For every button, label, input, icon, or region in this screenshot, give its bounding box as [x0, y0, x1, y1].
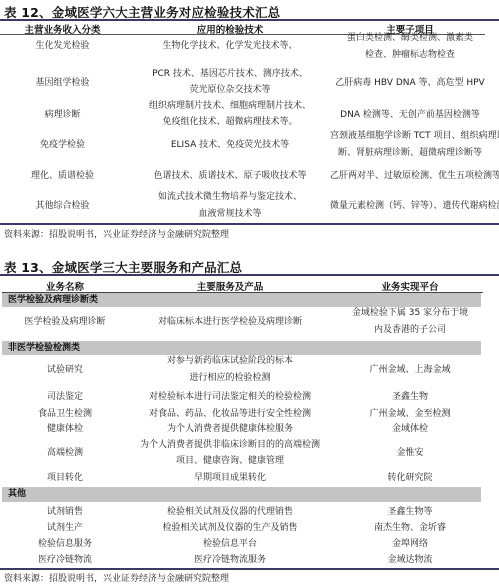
sub-cell-line1: 蛋白类检测、酶类检测、激素类 [330, 30, 490, 47]
name-cell: 医疗冷链物流 [0, 552, 130, 569]
service-cell: 检验信息平台 [130, 536, 330, 553]
sub-cell: DNA 检测等、无创产前基因检测等 [330, 107, 490, 124]
table13-top-rule [0, 274, 499, 276]
service-cell-line1: 对参与新药临床试验阶段的标本 [130, 353, 330, 370]
tech-cell: 色谱技术、质谱技术、原子吸收技术等 [130, 168, 330, 185]
platform-cell: 广州金域、上海金域 [330, 362, 490, 379]
platform-cell: 转化研究院 [330, 470, 490, 487]
category-cell: 免疫学检验 [0, 137, 125, 154]
table12-source: 资料来源：招股说明书，兴业证券经济与金融研究院整理 [4, 227, 229, 240]
table13-header-platform: 业务实现平台 [330, 279, 490, 293]
category-cell: 基因组学检验 [0, 75, 125, 92]
category-cell: 其他综合检验 [0, 198, 125, 215]
tech-cell: ELISA 技术、免疫荧光技术等 [130, 137, 330, 154]
table12-top-rule [0, 19, 499, 21]
platform-cell: 圣鑫生物 [330, 389, 490, 406]
platform-cell: 圣鑫生物等 [330, 504, 490, 521]
table13-header-service: 主要服务及产品 [130, 279, 330, 293]
tech-cell-line2: 血液常规技术等 [130, 206, 330, 223]
service-cell-line2: 进行相应的检验检测 [130, 370, 330, 387]
sub-cell: 微量元素检测（钙、锌等）、遗传代谢病检测 [330, 198, 490, 215]
sub-cell-line2: 检查、肿瘤标志物检查 [330, 47, 490, 64]
name-cell: 司法鉴定 [0, 389, 130, 406]
service-cell: 对检验标本进行司法鉴定相关的检验检测 [130, 389, 330, 406]
service-cell: 早期项目成果转化 [130, 470, 330, 487]
name-cell: 医学检验及病理诊断 [0, 314, 130, 331]
tech-cell-line2: 免疫组化技术、超微病理技术等。 [130, 114, 330, 131]
category-cell: 生化发光检验 [0, 38, 125, 55]
service-cell: 对临床标本进行医学检验及病理诊断 [130, 314, 330, 331]
platform-cell-line1: 金域检验下属 35 家分布于境 [330, 305, 490, 322]
service-cell: 检验相关试剂及仪器的生产及销售 [130, 520, 330, 537]
group-band-other: 其他 [2, 487, 481, 502]
name-cell: 检验信息服务 [0, 536, 130, 553]
name-cell: 高端检测 [0, 445, 130, 462]
platform-cell: 金埠网络 [330, 536, 490, 553]
name-cell: 试剂生产 [0, 520, 130, 537]
group-label: 非医学检验检测类 [8, 341, 80, 355]
platform-cell-line2: 内及香港的子公司 [330, 322, 490, 339]
platform-cell: 金域体检 [330, 421, 490, 438]
name-cell: 项目转化 [0, 470, 130, 487]
tech-cell-line1: PCR 技术、基因芯片技术、测序技术、 [130, 66, 330, 83]
service-cell: 检验相关试剂及仪器的代理销售 [130, 504, 330, 521]
sub-cell-line1: 宫颈液基细胞学诊断 TCT 项目、组织病理诊 [330, 128, 490, 145]
tech-cell-line1: 如流式技术微生物培养与鉴定技术、 [130, 189, 330, 206]
category-cell: 理化、质谱检验 [0, 168, 125, 185]
service-cell: 为个人消费者提供健康体检服务 [130, 421, 330, 438]
platform-cell: 南杰生物、金圻睿 [330, 520, 490, 537]
name-cell: 试剂销售 [0, 504, 130, 521]
sub-cell: 乙肝两对半、过敏原检测、优生五项检测等 [330, 168, 490, 185]
table12-bottom-rule [0, 223, 499, 225]
service-cell: 医疗冷链物流服务 [130, 552, 330, 569]
name-cell: 健康体检 [0, 421, 130, 438]
sub-cell-line2: 断、肾脏病理诊断、超微病理诊断等 [330, 145, 490, 162]
service-cell-line1: 为个人消费者提供非临床诊断目的的高端检测 [130, 437, 330, 454]
group-label: 其他 [8, 487, 26, 502]
service-cell-line2: 项目、健康咨询、健康管理 [130, 453, 330, 470]
table13-header-name: 业务名称 [0, 279, 130, 293]
sub-cell: 乙肝病毒 HBV DNA 等、高危型 HPV [330, 75, 490, 92]
tech-cell-line2: 荧光原位杂交技术等 [130, 82, 330, 99]
platform-cell: 金域达物流 [330, 552, 490, 569]
table13-source: 资料来源：招股说明书，兴业证券经济与金融研究院整理 [4, 571, 229, 584]
platform-cell: 金惟安 [330, 445, 490, 462]
tech-cell-line1: 组织病理制片技术、细胞病理制片技术、 [130, 98, 330, 115]
table13-bottom-rule [0, 568, 499, 570]
category-cell: 病理诊断 [0, 107, 125, 124]
tech-cell: 生物化学技术、化学发光技术等、 [130, 38, 330, 55]
name-cell: 试验研究 [0, 362, 130, 379]
group-label: 医学检验及病理诊断类 [8, 293, 98, 307]
